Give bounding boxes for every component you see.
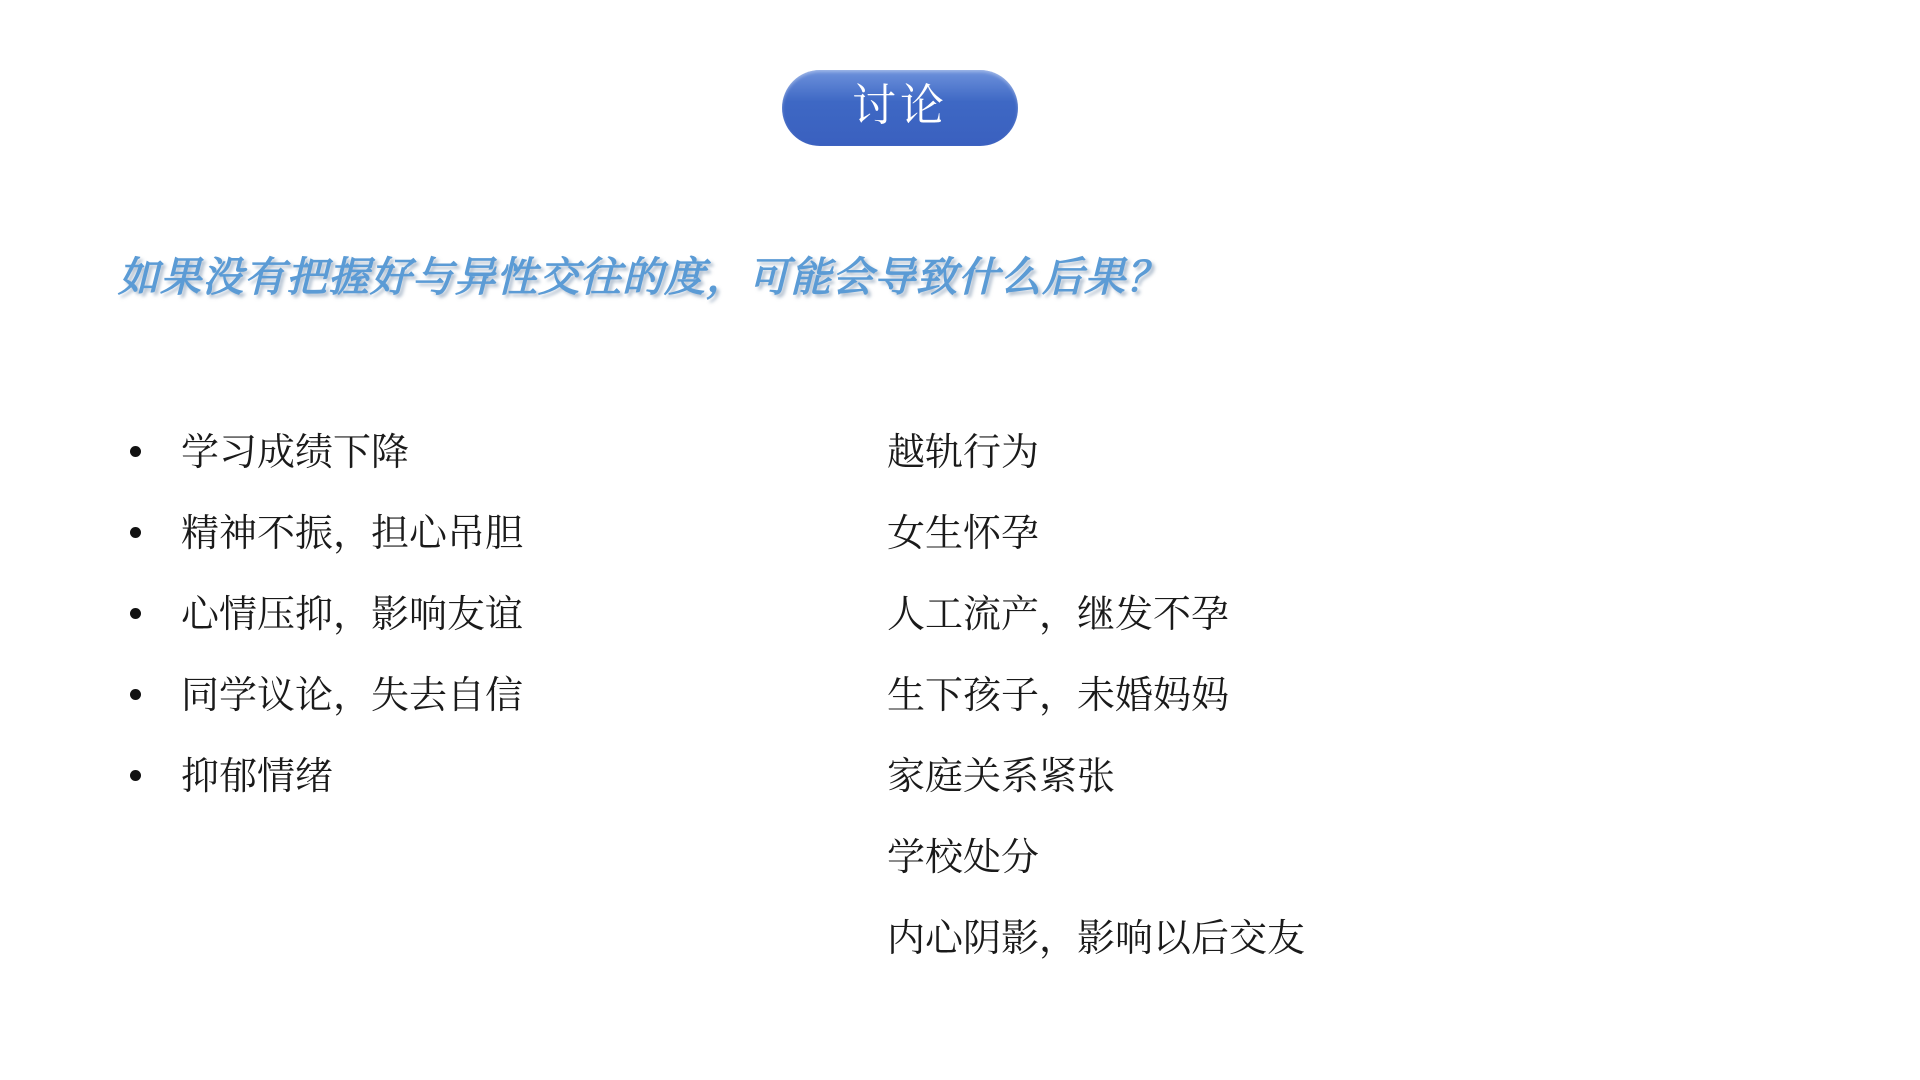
list-item: 生下孩子，未婚妈妈: [887, 654, 1305, 735]
consequences-list-right: 越轨行为 女生怀孕 人工流产，继发不孕 生下孩子，未婚妈妈 家庭关系紧张 学校处…: [887, 411, 1305, 978]
list-item: 学习成绩下降: [130, 411, 523, 492]
list-item: 抑郁情绪: [130, 735, 523, 816]
slide-canvas: 讨论 如果没有把握好与异性交往的度，可能会导致什么后果？ 学习成绩下降 精神不振…: [0, 0, 1920, 1080]
list-item-text: 同学议论，失去自信: [181, 676, 523, 714]
list-item-text: 学校处分: [887, 838, 1039, 876]
list-item: 女生怀孕: [887, 492, 1305, 573]
discussion-title-label: 讨论: [852, 84, 948, 132]
list-item: 内心阴影，影响以后交友: [887, 897, 1305, 978]
list-item-text: 内心阴影，影响以后交友: [887, 919, 1305, 957]
list-item: 同学议论，失去自信: [130, 654, 523, 735]
list-item-text: 学习成绩下降: [181, 433, 409, 471]
list-item: 家庭关系紧张: [887, 735, 1305, 816]
list-item: 心情压抑，影响友谊: [130, 573, 523, 654]
list-item-text: 人工流产，继发不孕: [887, 595, 1229, 633]
list-item-text: 女生怀孕: [887, 514, 1039, 552]
list-item-text: 生下孩子，未婚妈妈: [887, 676, 1229, 714]
list-item-text: 越轨行为: [887, 433, 1039, 471]
list-item: 精神不振，担心吊胆: [130, 492, 523, 573]
bullet-icon: [130, 689, 141, 700]
bullet-icon: [130, 608, 141, 619]
list-item-text: 抑郁情绪: [181, 757, 333, 795]
list-item: 学校处分: [887, 816, 1305, 897]
bullet-icon: [130, 770, 141, 781]
list-item: 人工流产，继发不孕: [887, 573, 1305, 654]
list-item-text: 精神不振，担心吊胆: [181, 514, 523, 552]
list-item-text: 家庭关系紧张: [887, 757, 1115, 795]
consequences-list-left: 学习成绩下降 精神不振，担心吊胆 心情压抑，影响友谊 同学议论，失去自信 抑郁情…: [130, 411, 523, 816]
question-heading: 如果没有把握好与异性交往的度，可能会导致什么后果？: [118, 244, 1168, 303]
bullet-icon: [130, 446, 141, 457]
discussion-title-badge: 讨论: [782, 70, 1018, 146]
bullet-icon: [130, 527, 141, 538]
list-item-text: 心情压抑，影响友谊: [181, 595, 523, 633]
list-item: 越轨行为: [887, 411, 1305, 492]
